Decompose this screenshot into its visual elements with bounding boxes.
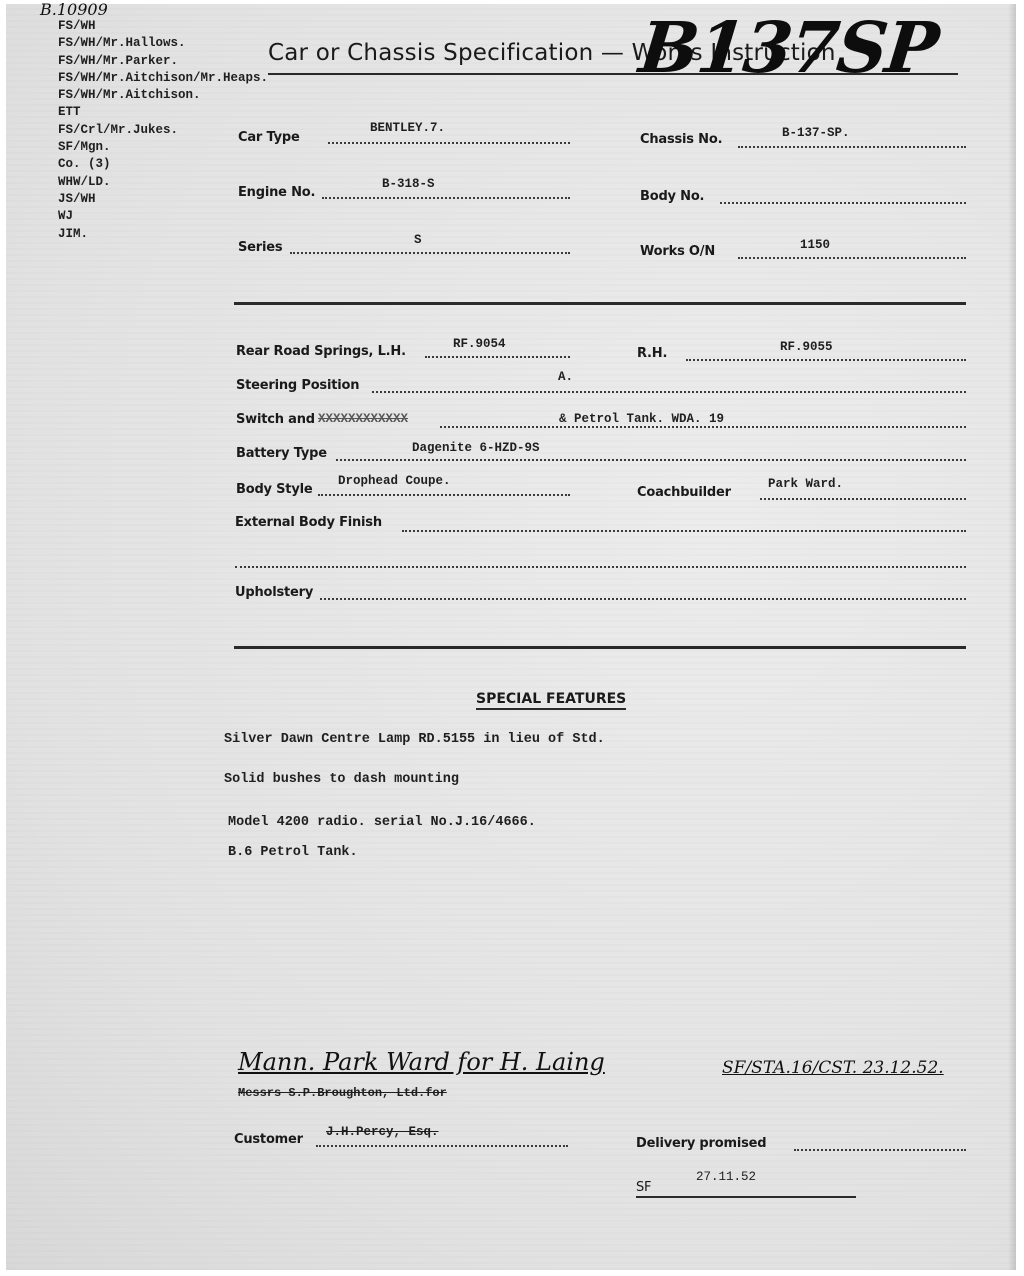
- sf-underline: [636, 1196, 856, 1198]
- steering-position-line: [372, 391, 966, 393]
- works-on-value: 1150: [800, 238, 830, 252]
- body-style-label: Body Style: [236, 482, 312, 497]
- body-style-value: Drophead Coupe.: [338, 474, 451, 488]
- distribution-entry: ETT: [58, 104, 268, 121]
- distribution-entry: FS/WH/Mr.Hallows.: [58, 35, 268, 52]
- rear-springs-lh-label: Rear Road Springs, L.H.: [236, 344, 406, 359]
- delivery-promised-label: Delivery promised: [636, 1136, 766, 1151]
- switch-and-label: Switch and: [236, 412, 315, 427]
- upholstery-label: Upholstery: [235, 585, 313, 600]
- engine-no-value: B-318-S: [382, 177, 435, 191]
- external-body-finish-line: [402, 530, 966, 532]
- rear-springs-lh-value: RF.9054: [453, 337, 506, 351]
- coachbuilder-line: [760, 498, 966, 500]
- battery-type-value: Dagenite 6-HZD-9S: [412, 441, 540, 455]
- handwritten-chassis-number: B137SP: [636, 6, 941, 89]
- chassis-no-value: B-137-SP.: [782, 126, 850, 140]
- distribution-entry: WJ: [58, 208, 268, 225]
- distribution-entry: JS/WH: [58, 191, 268, 208]
- series-label: Series: [238, 240, 282, 255]
- external-body-finish-label: External Body Finish: [235, 515, 382, 530]
- body-no-label: Body No.: [640, 189, 704, 204]
- special-feature-item: B.6 Petrol Tank.: [228, 845, 358, 860]
- distribution-entry: WHW/LD.: [58, 174, 268, 191]
- special-feature-item: Solid bushes to dash mounting: [224, 772, 459, 787]
- engine-no-label: Engine No.: [238, 185, 315, 200]
- handwritten-signature: Mann. Park Ward for H. Laing: [238, 1048, 605, 1076]
- series-value: S: [414, 233, 422, 247]
- sf-label: SF: [636, 1180, 651, 1195]
- section-divider: [234, 302, 966, 305]
- chassis-no-line: [738, 146, 966, 148]
- body-no-line: [720, 202, 966, 204]
- sf-date: 27.11.52: [696, 1170, 756, 1184]
- engine-no-line: [322, 197, 570, 199]
- works-on-line: [738, 257, 966, 259]
- battery-type-label: Battery Type: [236, 446, 327, 461]
- rear-springs-rh-label: R.H.: [637, 346, 667, 361]
- series-line: [290, 252, 570, 254]
- special-feature-item: Model 4200 radio. serial No.J.16/4666.: [228, 815, 536, 830]
- external-body-finish-line-2: [235, 566, 966, 568]
- distribution-entry: Co. (3): [58, 156, 268, 173]
- distribution-entry: JIM.: [58, 226, 268, 243]
- car-type-label: Car Type: [238, 130, 300, 145]
- upholstery-line: [320, 598, 966, 600]
- distribution-entry: FS/WH: [58, 18, 268, 35]
- coachbuilder-label: Coachbuilder: [637, 485, 731, 500]
- distribution-entry: FS/WH/Mr.Aitchison.: [58, 87, 268, 104]
- struck-through-text: Messrs S.P.Broughton, Ltd.for: [238, 1086, 447, 1100]
- rear-springs-rh-line: [686, 359, 966, 361]
- steering-position-label: Steering Position: [236, 378, 359, 393]
- section-divider: [234, 646, 966, 649]
- rear-springs-lh-line: [425, 356, 570, 358]
- car-type-line: [328, 142, 570, 144]
- steering-position-value: A.: [558, 370, 573, 384]
- delivery-promised-line: [794, 1149, 966, 1151]
- distribution-entry: SF/Mgn.: [58, 139, 268, 156]
- battery-type-line: [336, 459, 966, 461]
- customer-label: Customer: [234, 1132, 303, 1147]
- switch-and-value: & Petrol Tank. WDA. 19: [559, 412, 724, 426]
- distribution-list: FS/WH FS/WH/Mr.Hallows. FS/WH/Mr.Parker.…: [58, 18, 268, 243]
- special-feature-item: Silver Dawn Centre Lamp RD.5155 in lieu …: [224, 732, 605, 747]
- signature-reference: SF/STA.16/CST. 23.12.52.: [722, 1058, 944, 1078]
- customer-value: J.H.Percy, Esq.: [326, 1125, 439, 1139]
- works-on-label: Works O/N: [640, 244, 715, 259]
- distribution-entry: FS/Crl/Mr.Jukes.: [58, 122, 268, 139]
- customer-line: [316, 1145, 568, 1147]
- distribution-entry: FS/WH/Mr.Aitchison/Mr.Heaps.: [58, 70, 268, 87]
- body-style-line: [318, 494, 570, 496]
- chassis-no-label: Chassis No.: [640, 132, 722, 147]
- switch-and-struck-text: XXXXXXXXXXXX: [318, 412, 408, 426]
- car-type-value: BENTLEY.7.: [370, 121, 445, 135]
- special-features-heading: SPECIAL FEATURES: [476, 691, 626, 710]
- rear-springs-rh-value: RF.9055: [780, 340, 833, 354]
- reference-note: B.10909: [40, 0, 108, 19]
- switch-and-line: [440, 426, 966, 428]
- coachbuilder-value: Park Ward.: [768, 477, 843, 491]
- distribution-entry: FS/WH/Mr.Parker.: [58, 53, 268, 70]
